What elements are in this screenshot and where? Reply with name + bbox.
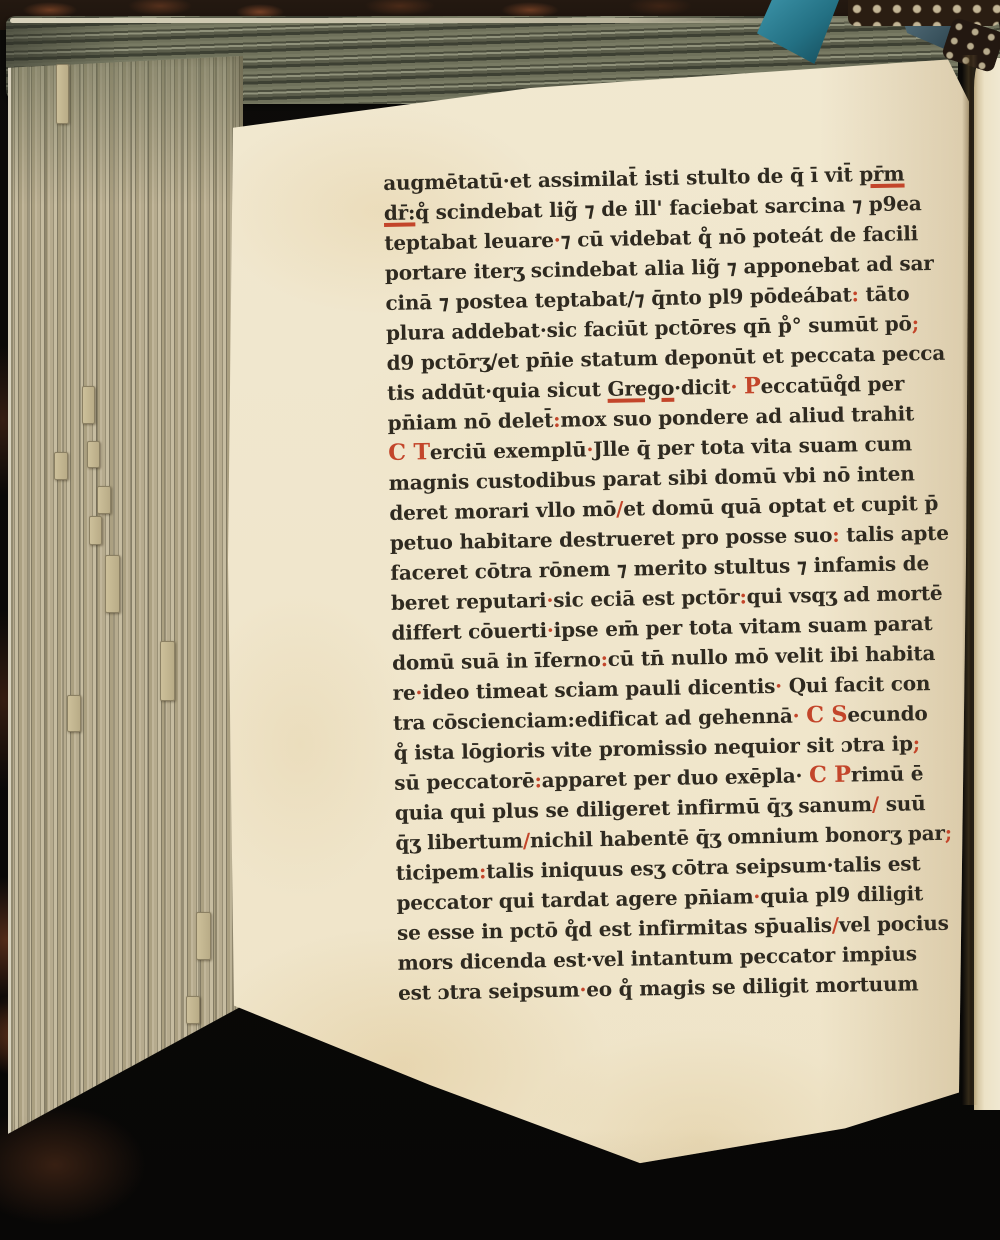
beaded-band: [848, 0, 1000, 26]
text-segment: apparet per duo exēpla·: [541, 763, 809, 792]
index-tab: [186, 996, 200, 1024]
rubric-mark: ;: [945, 821, 953, 845]
text-segment: et domū quā optat et cupit p̄: [623, 491, 938, 521]
index-tab: [160, 641, 175, 701]
text-segment: peccator qui tardat agere pn̄iam: [396, 884, 753, 915]
rubric-initial: C: [809, 762, 835, 788]
text-segment: Qui facit con: [782, 671, 931, 698]
index-tab: [87, 441, 100, 468]
text-segment: ticipem: [396, 859, 480, 885]
rubric-initial: T: [413, 439, 430, 465]
text-segment: est ɔtra seipsum: [398, 978, 580, 1005]
text-segment: tra cōscienciam:edificat ad gehennā: [393, 704, 793, 735]
text-segment: eccatūq̊d per: [760, 371, 904, 398]
text-segment: qui vsqʒ ad mortē: [746, 581, 942, 609]
fore-edge-page-stack: [8, 56, 243, 1234]
index-tab: [56, 64, 69, 124]
text-segment: erciū exemplū: [430, 437, 587, 464]
text-segment: pn̄iam nō delet̄: [387, 408, 553, 435]
text-segment: ·dicit: [674, 375, 731, 400]
text-segment: sic eciā est pctōr: [553, 585, 740, 612]
text-segment: cū tn̄ nullo mō velit ibi habita: [608, 641, 936, 671]
text-segment: quia pl9 diligit: [760, 881, 923, 908]
red-underlined-word: Grego: [607, 376, 674, 401]
text-segment: ⁊ cū videbat q̊ nō poteát de facili: [560, 221, 918, 252]
index-tab: [67, 695, 81, 732]
red-underlined-word: pr̄m: [859, 161, 905, 186]
index-tab: [97, 486, 111, 514]
text-segment: ideo timeat sciam pauli dicentis: [422, 674, 775, 704]
text-segment: differt cōuerti: [391, 618, 547, 645]
text-segment: tāto: [858, 281, 909, 306]
book-photograph: augmētatū·et assimilat̄ isti stulto de q…: [0, 0, 1000, 1240]
text-segment: se esse in pctō q̊d est infirmitas sp̄ua…: [397, 913, 832, 945]
rubric-mark: ;: [913, 731, 921, 755]
text-segment: ipse em̄ per tota vitam suam parat: [553, 611, 932, 642]
text-segment: tis addūt·quia sicut: [387, 377, 608, 405]
text-segment: deret morari vllo mō: [389, 497, 616, 525]
index-tab: [89, 516, 102, 545]
text-segment: mox suo pondere ad aliud trahit: [560, 401, 914, 431]
text-segment: teptabat leuare: [384, 228, 554, 255]
text-segment: nichil habentē q̄ʒ omnium bonorʒ par: [530, 821, 945, 853]
text-segment: Jlle q̄ per tota vita suam cum: [593, 431, 912, 461]
text-segment: rimū ē: [851, 761, 924, 786]
text-segment: q̄ʒ libertum: [395, 829, 523, 855]
text-segment: domū suā in īferno: [392, 647, 601, 675]
rubric-initial: C: [806, 702, 832, 728]
top-edge-highlight: [10, 18, 890, 23]
text-segment: ecundo: [847, 701, 928, 726]
text-segment: vel pocius: [839, 911, 949, 937]
index-tab: [82, 386, 95, 424]
index-tab: [54, 452, 68, 480]
text-segment: beret reputari: [391, 588, 547, 615]
index-tab: [196, 912, 211, 960]
rubric-initial: P: [834, 762, 851, 788]
text-segment: suū: [879, 791, 926, 816]
text-segment: re: [392, 680, 415, 704]
text-segment: eo q̊ magis se diligit mortuum: [586, 971, 919, 1001]
rubric-initial: S: [831, 702, 847, 728]
text-segment: talis apte: [839, 521, 949, 547]
rubric-initial: C: [388, 439, 414, 465]
rubric-mark: ;: [911, 311, 919, 335]
text-segment: sū peccatorē: [394, 768, 535, 795]
red-underlined-word: dr̄:: [384, 200, 416, 225]
text-segment: talis iniquus esʒ cōtra seipsum·talis es…: [486, 851, 921, 883]
index-tab: [105, 555, 120, 613]
text-block: augmētatū·et assimilat̄ isti stulto de q…: [383, 157, 973, 1007]
rubric-initial: P: [744, 373, 761, 399]
